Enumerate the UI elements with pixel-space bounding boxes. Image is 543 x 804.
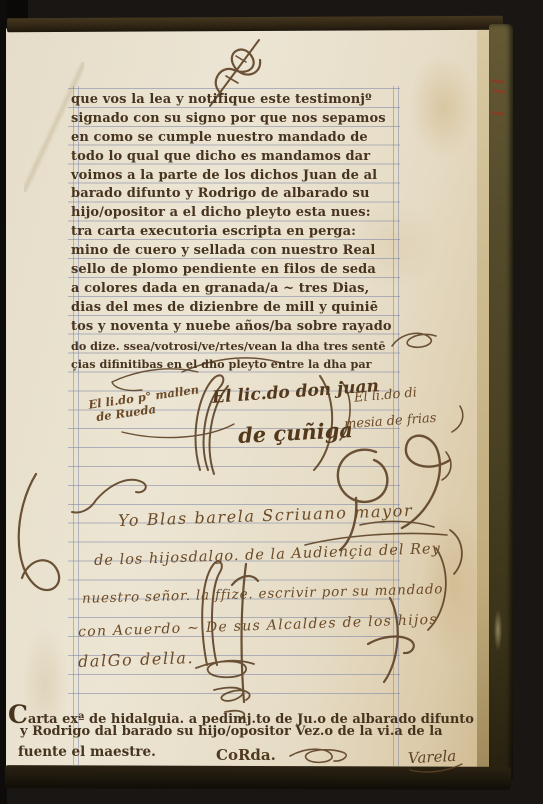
manuscript-photo: que vos la lea y notifique este testimon…: [0, 0, 543, 804]
docket-line3: fuente el maestre.: [18, 744, 156, 760]
manuscript-line: dias del mes de dizienbre de mill y quin…: [71, 299, 392, 318]
main-text-block: que vos la lea y notifique este testimon…: [71, 91, 392, 374]
manuscript-line: çias difinitibas en el dho pleyto entre …: [71, 355, 392, 374]
scribe-line: dalGo della.: [78, 648, 195, 671]
book-binding-edge: [489, 24, 513, 784]
manuscript-line: mino de cuero y sellada con nuestro Real: [71, 242, 392, 261]
manuscript-line: tra carta executoria escripta en perga:: [71, 223, 392, 242]
manuscript-line: voimos a la parte de los dichos Juan de …: [71, 167, 392, 186]
binding-highlight: [492, 600, 504, 660]
manuscript-line: a colores dada en granada/a ~ tres Dias,: [71, 280, 392, 299]
book-bottom-edge: [5, 765, 511, 790]
manuscript-line: tos y noventa y nuebe años/ba sobre raya…: [71, 318, 392, 337]
docket-line2: y Rodrigo dal barado su hijo/opositor Ve…: [20, 724, 443, 739]
manuscript-line: todo lo qual que dicho es mandamos dar: [71, 148, 392, 167]
manuscript-line: que vos la lea y notifique este testimon…: [71, 91, 392, 110]
manuscript-line: signado con su signo por que nos sepamos: [71, 110, 392, 129]
manuscript-line: sello de plomo pendiente en filos de sed…: [71, 261, 392, 280]
manuscript-line: barado difunto y Rodrigo de albarado su: [71, 185, 392, 204]
manuscript-line: hijo/opositor a el dicho pleyto esta nue…: [71, 204, 392, 223]
docket-mark: CoRda.: [216, 746, 276, 764]
docket-signature: Varela: [408, 747, 457, 767]
manuscript-line: do dize. ssea/votrosi/ve/rtes/vean la dh…: [71, 337, 392, 356]
manuscript-line: en como se cumple nuestro mandado de: [71, 129, 392, 148]
book-top-edge: [7, 16, 503, 33]
